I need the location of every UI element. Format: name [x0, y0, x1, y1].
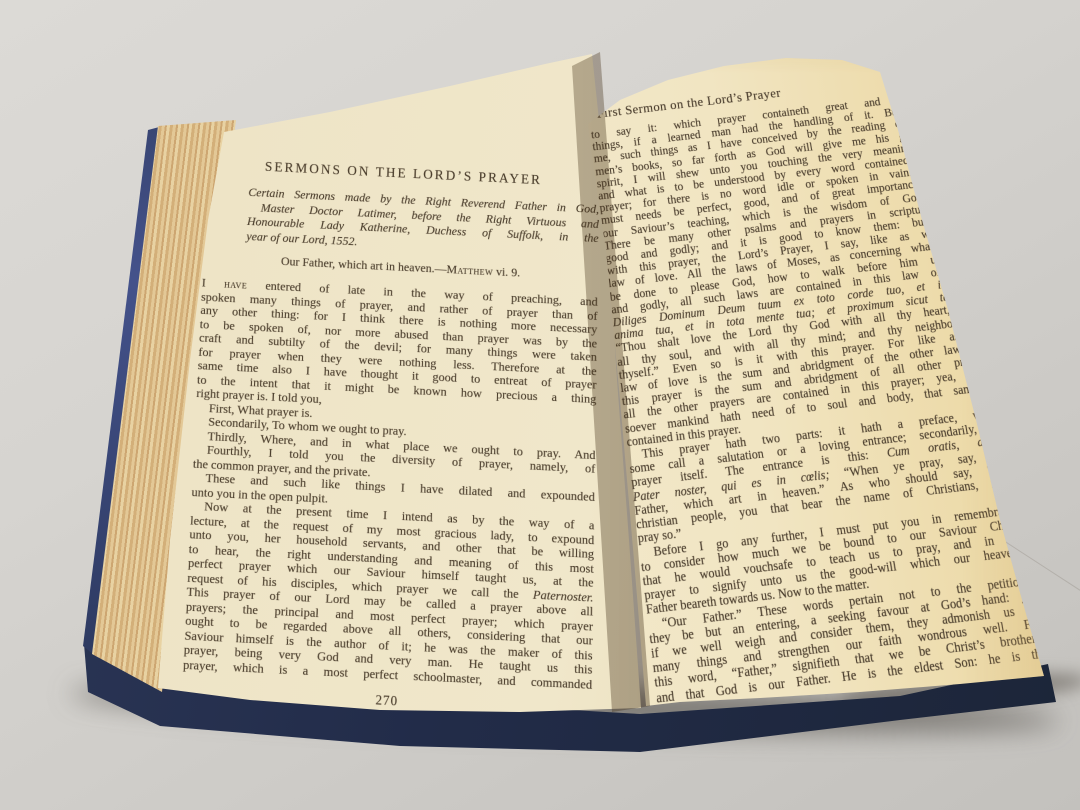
photo-of-open-book: SERMONS ON THE LORD’S PRAYER Certain Ser… — [0, 0, 1080, 810]
left-page-body-text: I have entered of late in the way of pre… — [183, 277, 598, 693]
right-page-text-block: First Sermon on the Lord’s Prayer 271 to… — [588, 68, 1048, 706]
right-page-body-text: to say it: which prayer containeth great… — [591, 89, 1049, 706]
sermon-preface: Certain Sermons made by the Right Revere… — [246, 185, 599, 261]
left-page-text-block: SERMONS ON THE LORD’S PRAYER Certain Ser… — [181, 156, 599, 720]
right-page-number: 271 — [916, 68, 939, 85]
